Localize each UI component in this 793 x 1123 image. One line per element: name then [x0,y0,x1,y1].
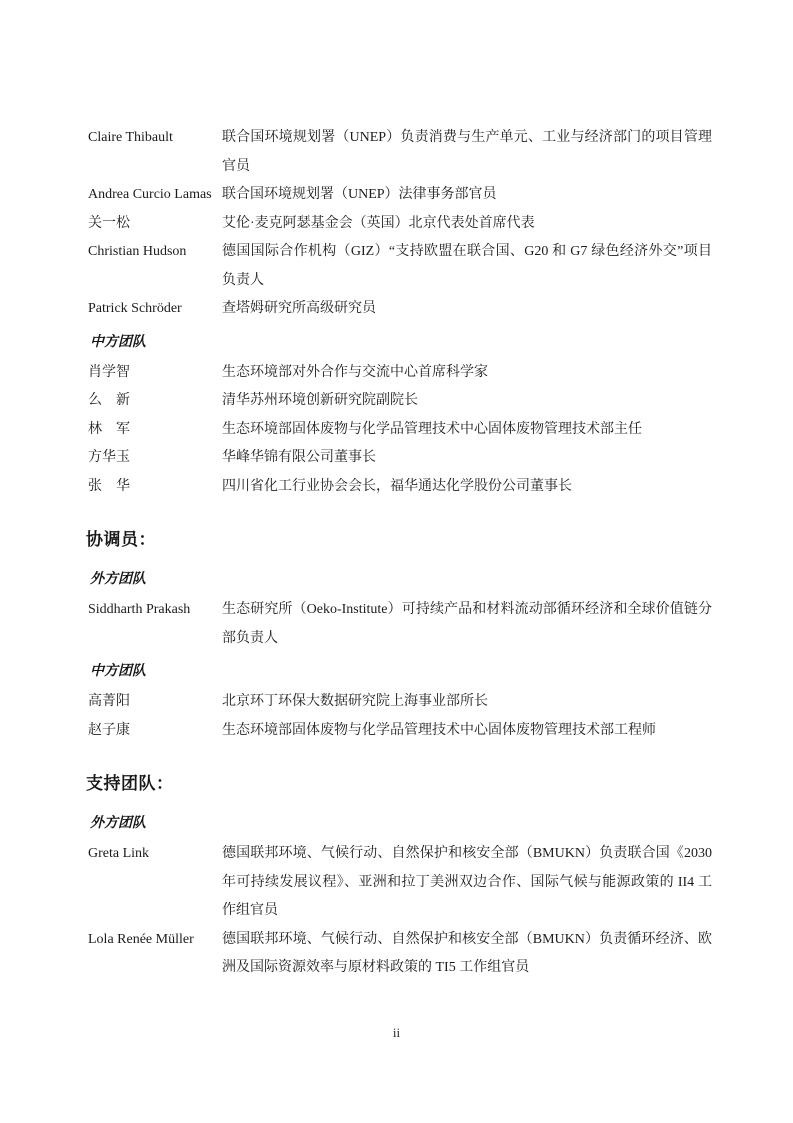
person-role: 生态环境部固体废物与化学品管理技术中心固体废物管理技术部工程师 [222,717,712,746]
section-coordinators: 协调员：外方团队Siddharth Prakash生态研究所（Oeko-Inst… [88,527,712,745]
contributor-row: 高菁阳北京环丁环保大数据研究院上海事业部所长 [88,688,712,717]
person-role: 德国国际合作机构（GIZ）“支持欧盟在联合国、G20 和 G7 绿色经济外交”项… [222,238,712,295]
person-name: Claire Thibault [88,124,222,153]
person-name: Patrick Schröder [88,295,222,324]
person-name: 林 军 [88,416,222,445]
page-number: ii [0,1024,793,1042]
contributor-row: 关一松艾伦·麦克阿瑟基金会（英国）北京代表处首席代表 [88,210,712,239]
section-support-team: 支持团队：外方团队Greta Link德国联邦环境、气候行动、自然保护和核安全部… [88,771,712,983]
contributor-row: Greta Link德国联邦环境、气候行动、自然保护和核安全部（BMUKN）负责… [88,840,712,926]
contributor-row: 肖学智生态环境部对外合作与交流中心首席科学家 [88,359,712,388]
person-name: 高菁阳 [88,688,222,717]
person-name: Christian Hudson [88,238,222,267]
person-role: 德国联邦环境、气候行动、自然保护和核安全部（BMUKN）负责循环经济、欧洲及国际… [222,926,712,983]
person-role: 北京环丁环保大数据研究院上海事业部所长 [222,688,712,717]
team-subheading: 外方团队 [90,566,712,594]
person-role: 德国联邦环境、气候行动、自然保护和核安全部（BMUKN）负责联合国《2030 年… [222,840,712,926]
person-role: 联合国环境规划署（UNEP）负责消费与生产单元、工业与经济部门的项目管理官员 [222,124,712,181]
person-role: 联合国环境规划署（UNEP）法律事务部官员 [222,181,712,210]
person-role: 艾伦·麦克阿瑟基金会（英国）北京代表处首席代表 [222,210,712,239]
person-role: 查塔姆研究所高级研究员 [222,295,712,324]
team-subheading: 中方团队 [90,329,712,357]
person-name: 关一松 [88,210,222,239]
contributors-list: Claire Thibault联合国环境规划署（UNEP）负责消费与生产单元、工… [88,124,712,983]
document-page: Claire Thibault联合国环境规划署（UNEP）负责消费与生产单元、工… [0,0,793,1123]
person-role: 清华苏州环境创新研究院副院长 [222,387,712,416]
person-name: 赵子康 [88,717,222,746]
person-role: 生态研究所（Oeko-Institute）可持续产品和材料流动部循环经济和全球价… [222,596,712,653]
person-name: Greta Link [88,840,222,869]
contributor-row: Andrea Curcio Lamas联合国环境规划署（UNEP）法律事务部官员 [88,181,712,210]
contributor-row: 么 新清华苏州环境创新研究院副院长 [88,387,712,416]
section-heading: 协调员： [86,527,712,553]
person-role: 生态环境部固体废物与化学品管理技术中心固体废物管理技术部主任 [222,416,712,445]
person-role: 四川省化工行业协会会长，福华通达化学股份公司董事长 [222,473,712,502]
person-name: Lola Renée Müller [88,926,222,955]
person-role: 生态环境部对外合作与交流中心首席科学家 [222,359,712,388]
contributor-row: 张 华四川省化工行业协会会长，福华通达化学股份公司董事长 [88,473,712,502]
contributor-row: Siddharth Prakash生态研究所（Oeko-Institute）可持… [88,596,712,653]
person-name: 肖学智 [88,359,222,388]
contributor-row: 林 军生态环境部固体废物与化学品管理技术中心固体废物管理技术部主任 [88,416,712,445]
contributor-row: Patrick Schröder查塔姆研究所高级研究员 [88,295,712,324]
team-subheading: 中方团队 [90,658,712,686]
contributor-row: 赵子康生态环境部固体废物与化学品管理技术中心固体废物管理技术部工程师 [88,717,712,746]
section-heading: 支持团队： [86,771,712,797]
person-name: 么 新 [88,387,222,416]
person-name: 方华玉 [88,444,222,473]
person-role: 华峰华锦有限公司董事长 [222,444,712,473]
contributor-row: 方华玉华峰华锦有限公司董事长 [88,444,712,473]
person-name: 张 华 [88,473,222,502]
person-name: Andrea Curcio Lamas [88,181,222,210]
team-subheading: 外方团队 [90,810,712,838]
contributor-row: Lola Renée Müller德国联邦环境、气候行动、自然保护和核安全部（B… [88,926,712,983]
contributor-row: Claire Thibault联合国环境规划署（UNEP）负责消费与生产单元、工… [88,124,712,181]
section-review-team-continued: Claire Thibault联合国环境规划署（UNEP）负责消费与生产单元、工… [88,124,712,501]
contributor-row: Christian Hudson德国国际合作机构（GIZ）“支持欧盟在联合国、G… [88,238,712,295]
person-name: Siddharth Prakash [88,596,222,625]
